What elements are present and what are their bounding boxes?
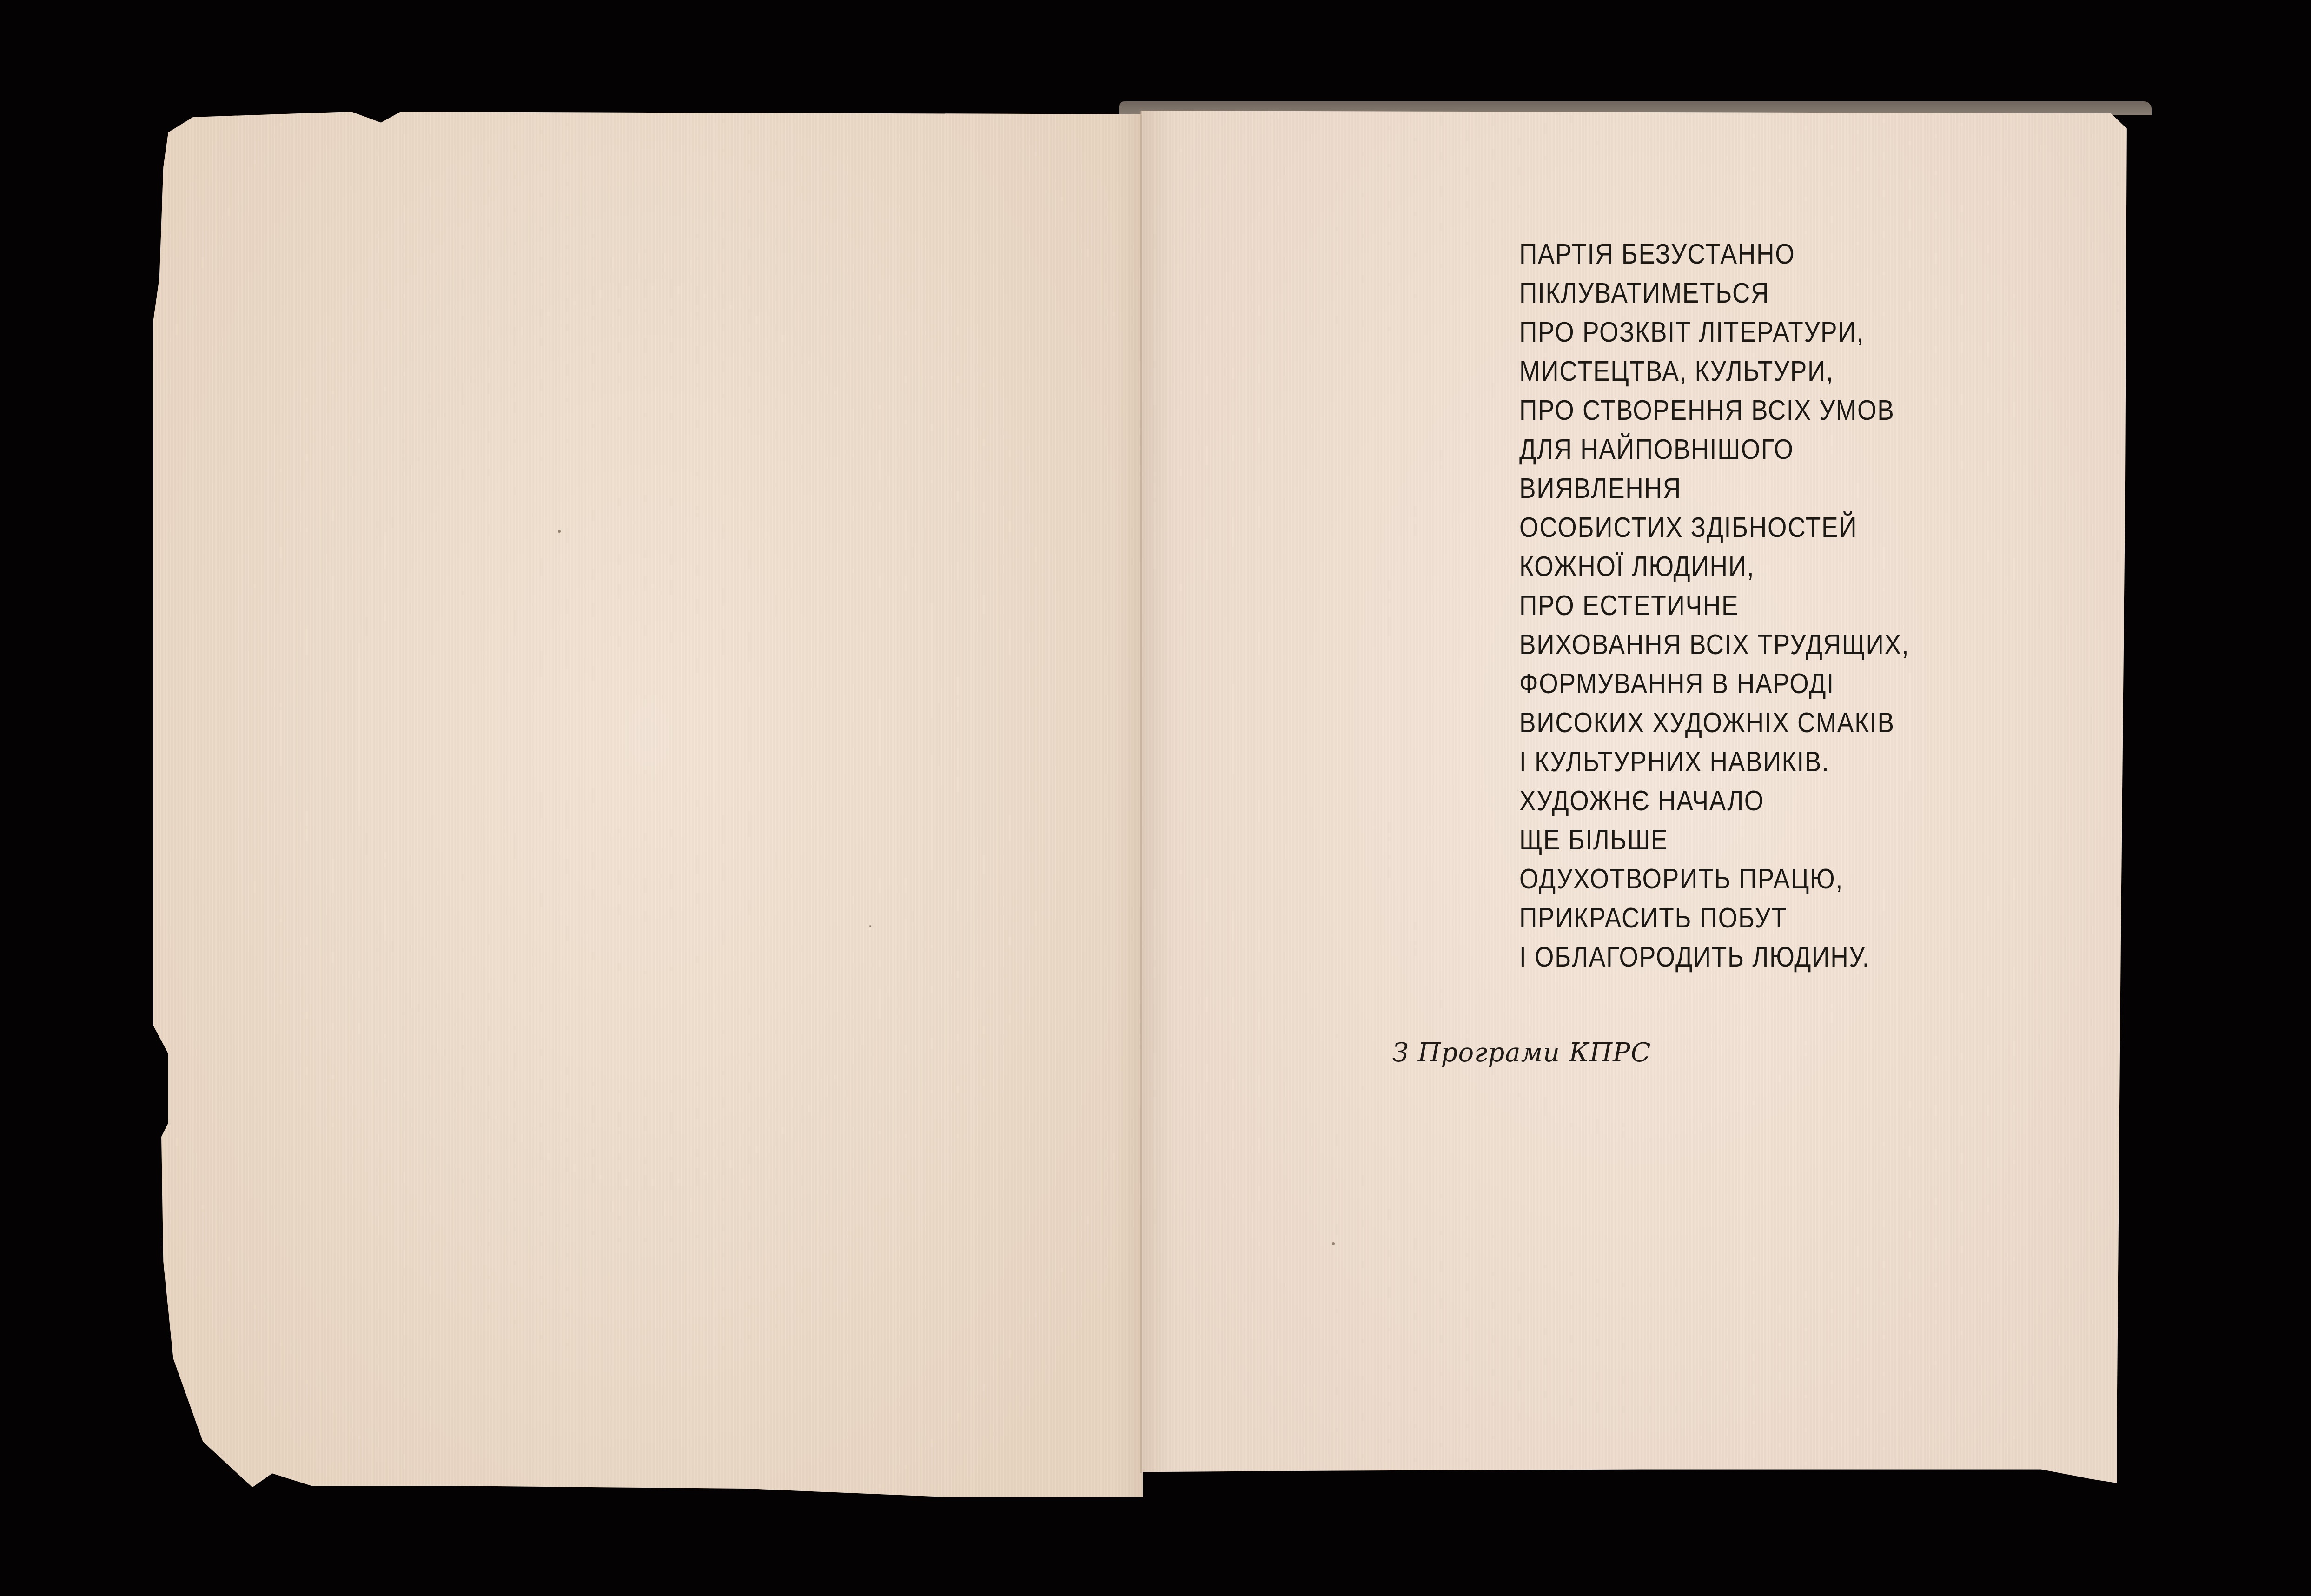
paper-speck xyxy=(558,530,561,533)
epigraph-line: І КУЛЬТУРНИХ НАВИКІВ. xyxy=(1519,742,1909,781)
epigraph-line: І ОБЛАГОРОДИТЬ ЛЮДИНУ. xyxy=(1519,938,1909,977)
epigraph-line: ХУДОЖНЄ НАЧАЛО xyxy=(1519,781,1909,821)
epigraph-line: ПРО ЕСТЕТИЧНЕ xyxy=(1519,586,1909,625)
paper-speck xyxy=(869,925,871,927)
epigraph-text-block: ПАРТІЯ БЕЗУСТАННО ПІКЛУВАТИМЕТЬСЯ ПРО РО… xyxy=(1519,235,1973,977)
epigraph-line: ОДУХОТВОРИТЬ ПРАЦЮ, xyxy=(1519,860,1909,899)
epigraph-line: ПРО СТВОРЕННЯ ВСІХ УМОВ xyxy=(1519,391,1909,430)
epigraph-line: ПРИКРАСИТЬ ПОБУТ xyxy=(1519,899,1909,938)
epigraph-attribution: З Програми КПРС xyxy=(1392,1038,1651,1068)
epigraph-line: ПІКЛУВАТИМЕТЬСЯ xyxy=(1519,274,1909,313)
epigraph-line: КОЖНОЇ ЛЮДИНИ, xyxy=(1519,547,1909,586)
epigraph-line: ДЛЯ НАЙПОВНІШОГО xyxy=(1519,430,1909,469)
book-spine-gutter xyxy=(1140,111,1142,1473)
epigraph-line: МИСТЕЦТВА, КУЛЬТУРИ, xyxy=(1519,352,1909,391)
left-page-blank xyxy=(153,112,1143,1497)
epigraph-line: ПРО РОЗКВІТ ЛІТЕРАТУРИ, xyxy=(1519,313,1909,352)
epigraph-line: ВИСОКИХ ХУДОЖНІХ СМАКІВ xyxy=(1519,703,1909,742)
epigraph-line: ЩЕ БІЛЬШЕ xyxy=(1519,821,1909,860)
paper-speck xyxy=(1332,1242,1335,1245)
epigraph-line: ВИХОВАННЯ ВСІХ ТРУДЯЩИХ, xyxy=(1519,625,1909,664)
epigraph-line: ВИЯВЛЕННЯ xyxy=(1519,469,1909,508)
epigraph-line: ФОРМУВАННЯ В НАРОДІ xyxy=(1519,664,1909,703)
epigraph-line: ОСОБИСТИХ ЗДІБНОСТЕЙ xyxy=(1519,508,1909,547)
epigraph-line: ПАРТІЯ БЕЗУСТАННО xyxy=(1519,235,1909,274)
